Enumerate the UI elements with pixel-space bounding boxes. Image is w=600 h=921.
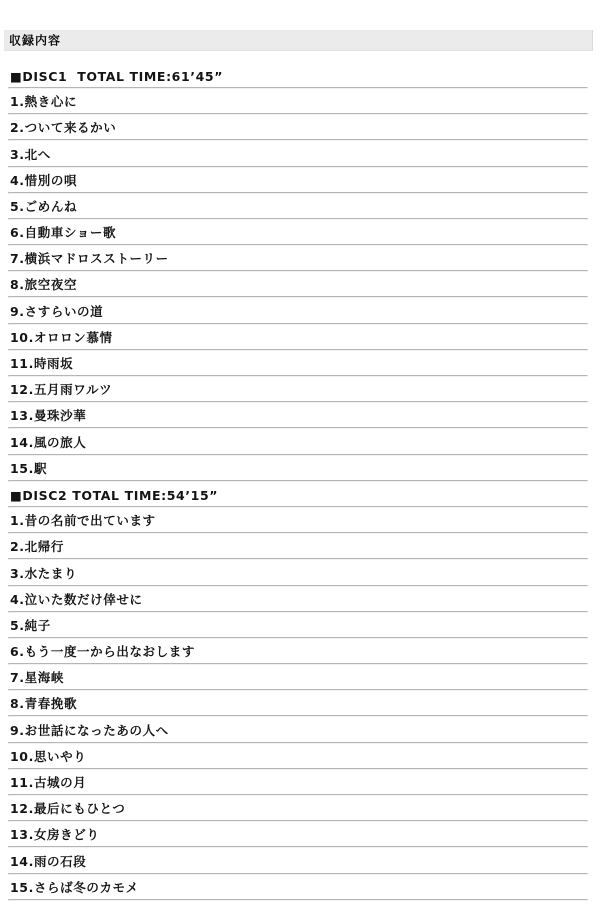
track-label: 5.ごめんね bbox=[10, 197, 77, 215]
disc-header-label: ■DISC2 TOTAL TIME:54’15” bbox=[10, 488, 218, 503]
track-row: 12.最后にもひとつ bbox=[0, 796, 600, 822]
track-label: 15.さらば冬のカモメ bbox=[10, 878, 139, 896]
track-label: 4.惜別の唄 bbox=[10, 171, 77, 189]
track-label: 2.ついて来るかい bbox=[10, 118, 116, 136]
track-label: 9.さすらいの道 bbox=[10, 302, 103, 320]
track-label: 12.五月雨ワルツ bbox=[10, 380, 112, 398]
track-label: 10.オロロン慕情 bbox=[10, 328, 113, 346]
track-label: 9.お世話になったあの人へ bbox=[10, 721, 169, 739]
track-label: 8.旅空夜空 bbox=[10, 275, 77, 293]
track-row: 6.もう一度一から出なおします bbox=[0, 639, 600, 665]
track-label: 14.雨の石段 bbox=[10, 852, 86, 870]
track-row: 7.横浜マドロスストーリー bbox=[0, 246, 600, 272]
track-label: 5.純子 bbox=[10, 616, 51, 634]
row-separator bbox=[8, 899, 588, 901]
track-label: 11.古城の月 bbox=[10, 773, 86, 791]
disc-header-row: ■DISC1 TOTAL TIME:61’45” bbox=[0, 63, 600, 89]
track-row: 15.さらば冬のカモメ bbox=[0, 875, 600, 901]
track-label: 1.昔の名前で出ています bbox=[10, 511, 156, 529]
track-list: ■DISC1 TOTAL TIME:61’45”1.熱き心に2.ついて来るかい3… bbox=[0, 63, 600, 901]
track-row: 2.ついて来るかい bbox=[0, 115, 600, 141]
track-label: 13.女房きどり bbox=[10, 825, 99, 843]
track-row: 13.女房きどり bbox=[0, 822, 600, 848]
track-label: 7.星海峡 bbox=[10, 668, 64, 686]
track-row: 15.駅 bbox=[0, 456, 600, 482]
track-label: 11.時雨坂 bbox=[10, 354, 73, 372]
track-row: 2.北帰行 bbox=[0, 534, 600, 560]
track-row: 12.五月雨ワルツ bbox=[0, 377, 600, 403]
track-label: 2.北帰行 bbox=[10, 537, 64, 555]
track-row: 14.雨の石段 bbox=[0, 848, 600, 874]
track-label: 8.青春挽歌 bbox=[10, 694, 77, 712]
track-row: 5.純子 bbox=[0, 613, 600, 639]
track-label: 6.もう一度一から出なおします bbox=[10, 642, 195, 660]
section-title: 収録内容 bbox=[9, 32, 61, 49]
track-row: 4.泣いた数だけ倖せに bbox=[0, 587, 600, 613]
track-row: 9.さすらいの道 bbox=[0, 298, 600, 324]
track-row: 6.自動車ショー歌 bbox=[0, 220, 600, 246]
track-row: 14.風の旅人 bbox=[0, 429, 600, 455]
track-label: 3.北へ bbox=[10, 145, 51, 163]
section-title-bar: 収録内容 bbox=[4, 30, 593, 51]
track-row: 13.曼珠沙華 bbox=[0, 403, 600, 429]
track-label: 13.曼珠沙華 bbox=[10, 406, 86, 424]
track-label: 4.泣いた数だけ倖せに bbox=[10, 590, 143, 608]
track-row: 10.思いやり bbox=[0, 744, 600, 770]
track-label: 6.自動車ショー歌 bbox=[10, 223, 116, 241]
track-row: 8.青春挽歌 bbox=[0, 691, 600, 717]
track-listing-page: 収録内容 ■DISC1 TOTAL TIME:61’45”1.熱き心に2.ついて… bbox=[0, 0, 600, 921]
track-row: 3.水たまり bbox=[0, 560, 600, 586]
track-label: 10.思いやり bbox=[10, 747, 86, 765]
track-label: 14.風の旅人 bbox=[10, 433, 86, 451]
track-label: 3.水たまり bbox=[10, 564, 77, 582]
track-label: 15.駅 bbox=[10, 459, 47, 477]
track-row: 3.北へ bbox=[0, 141, 600, 167]
disc-header-row: ■DISC2 TOTAL TIME:54’15” bbox=[0, 482, 600, 508]
track-row: 11.時雨坂 bbox=[0, 351, 600, 377]
track-row: 7.星海峡 bbox=[0, 665, 600, 691]
track-row: 4.惜別の唄 bbox=[0, 168, 600, 194]
track-label: 7.横浜マドロスストーリー bbox=[10, 249, 169, 267]
track-label: 1.熱き心に bbox=[10, 92, 77, 110]
track-row: 5.ごめんね bbox=[0, 194, 600, 220]
track-label: 12.最后にもひとつ bbox=[10, 799, 125, 817]
track-row: 11.古城の月 bbox=[0, 770, 600, 796]
track-row: 9.お世話になったあの人へ bbox=[0, 717, 600, 743]
track-row: 1.熱き心に bbox=[0, 89, 600, 115]
track-row: 10.オロロン慕情 bbox=[0, 325, 600, 351]
track-row: 1.昔の名前で出ています bbox=[0, 508, 600, 534]
disc-header-label: ■DISC1 TOTAL TIME:61’45” bbox=[10, 69, 223, 84]
track-row: 8.旅空夜空 bbox=[0, 272, 600, 298]
